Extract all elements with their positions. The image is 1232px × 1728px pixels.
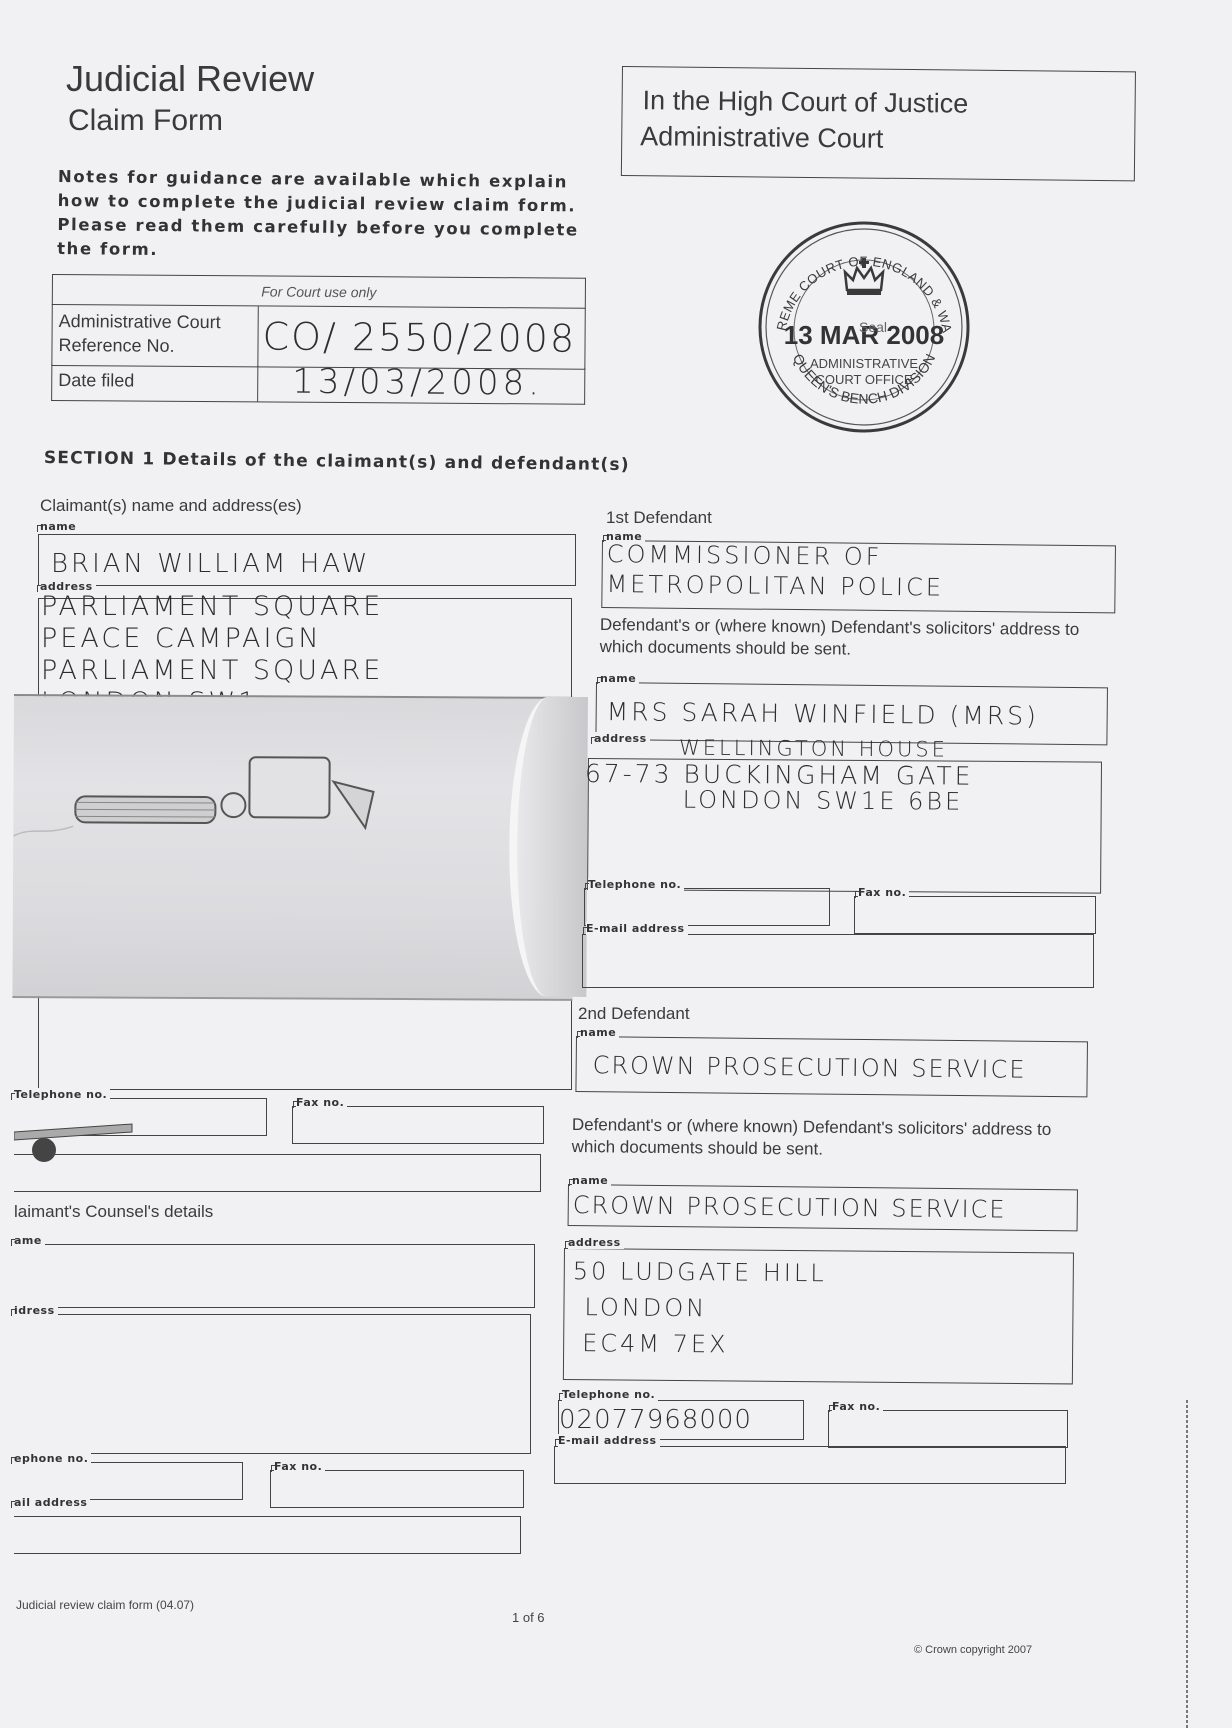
date-filed-row: Date filed 13/03/2008.: [51, 364, 585, 405]
clip-icon: [14, 1118, 134, 1168]
court-name: In the High Court of Justice: [642, 85, 968, 119]
defendant1-address-field[interactable]: WELLINGTON HOUSE 67-73 BUCKINGHAM GATE L…: [587, 758, 1102, 894]
defendant1-solicitor-name-label: name: [600, 672, 639, 685]
defendant1-fax-label: Fax no.: [858, 886, 909, 899]
keychain-icon: [75, 756, 373, 828]
defendant1-address-line1: WELLINGTON HOUSE: [679, 736, 948, 762]
claimant-name-field[interactable]: BRIAN WILLIAM HAW: [38, 534, 576, 586]
scan-edge: [1186, 1400, 1188, 1728]
court-division: Administrative Court: [640, 121, 883, 155]
counsel-heading: laimant's Counsel's details: [14, 1202, 213, 1222]
defendant1-telephone-field[interactable]: [584, 888, 830, 926]
form-title: Judicial Review: [66, 58, 314, 100]
defendant2-name-field[interactable]: CROWN PROSECUTION SERVICE: [575, 1036, 1088, 1097]
counsel-telephone-field[interactable]: [14, 1462, 243, 1500]
defendant2-address-value: 50 LUDGATE HILL LONDON EC4M 7EX: [572, 1253, 827, 1363]
claimant-name-label: name: [40, 520, 79, 533]
date-filed-label: Date filed: [58, 370, 134, 392]
counsel-fax-field[interactable]: [270, 1470, 524, 1508]
court-use-heading: For Court use only: [52, 274, 586, 309]
defendant2-solicitor-name-label: name: [572, 1174, 611, 1187]
claimant-heading: Claimant(s) name and address(es): [40, 496, 302, 516]
stamp-seal-overprint: Seal: [859, 319, 887, 335]
defendant2-solicitor-name-field[interactable]: CROWN PROSECUTION SERVICE: [568, 1184, 1078, 1231]
defendant2-email-label: E-mail address: [558, 1434, 660, 1447]
counsel-address-label: idress: [14, 1304, 58, 1317]
reference-value[interactable]: CO/ 2550/2008: [262, 314, 576, 360]
defendant2-heading: 2nd Defendant: [578, 1004, 690, 1024]
defendant1-name-label: name: [606, 530, 645, 543]
defendant1-email-label: E-mail address: [586, 922, 688, 935]
counsel-email-field[interactable]: [14, 1516, 521, 1554]
counsel-name-field[interactable]: [14, 1244, 535, 1308]
defendant2-name-value: CROWN PROSECUTION SERVICE: [593, 1051, 1027, 1084]
claimant-fax-field[interactable]: [292, 1106, 544, 1144]
defendant1-telephone-label: Telephone no.: [588, 878, 684, 891]
claimant-fax-label: Fax no.: [296, 1096, 347, 1109]
defendant1-solicitor-name-value: MRS SARAH WINFIELD (MRS): [607, 697, 1039, 731]
court-name-box: In the High Court of Justice Administrat…: [621, 66, 1136, 181]
defendant2-address-label: address: [568, 1236, 624, 1249]
defendant2-address-field[interactable]: 50 LUDGATE HILL LONDON EC4M 7EX: [563, 1248, 1074, 1384]
defendant1-address-line3: LONDON SW1E 6BE: [683, 786, 964, 816]
defendant1-solicitor-note: Defendant's or (where known) Defendant's…: [600, 614, 1080, 663]
page-number: 1 of 6: [512, 1610, 545, 1625]
defendant2-email-field[interactable]: [554, 1446, 1066, 1484]
section-1-title: SECTION 1 Details of the claimant(s) and…: [44, 448, 630, 475]
stamp-inner-line1: ADMINISTRATIVE: [810, 356, 918, 371]
defendant1-heading: 1st Defendant: [606, 508, 712, 528]
reference-row: Administrative Court Reference No. CO/ 2…: [51, 304, 585, 370]
defendant2-fax-label: Fax no.: [832, 1400, 883, 1413]
court-use-table: For Court use only Administrative Court …: [51, 274, 586, 412]
defendant1-name-value: COMMISSIONER OF METROPOLITAN POLICE: [606, 539, 944, 603]
date-filed-value[interactable]: 13/03/2008.: [292, 362, 543, 404]
claimant-address-label: address: [40, 580, 96, 593]
defendant2-fax-field[interactable]: [828, 1410, 1068, 1448]
defendant2-solicitor-name-value: CROWN PROSECUTION SERVICE: [573, 1191, 1007, 1224]
defendant2-name-label: name: [580, 1026, 619, 1039]
defendant2-telephone-label: Telephone no.: [562, 1388, 658, 1401]
reference-label: Administrative Court Reference No.: [58, 309, 220, 358]
form-identifier: Judicial review claim form (04.07): [16, 1598, 194, 1612]
defendant1-name-field[interactable]: COMMISSIONER OF METROPOLITAN POLICE: [601, 540, 1116, 613]
scanned-photo-overlay: [12, 694, 574, 1001]
counsel-telephone-label: ephone no.: [14, 1452, 91, 1465]
guidance-note: Notes for guidance are available which e…: [57, 165, 598, 267]
counsel-email-label: ail address: [14, 1496, 90, 1509]
defendant2-solicitor-note: Defendant's or (where known) Defendant's…: [572, 1114, 1052, 1163]
copyright: © Crown copyright 2007: [914, 1644, 1032, 1656]
court-seal-stamp: SUPREME COURT OF ENGLAND & WALES QUEEN'S…: [755, 218, 973, 436]
counsel-name-label: ame: [14, 1234, 45, 1247]
defendant1-fax-field[interactable]: [854, 896, 1096, 934]
defendant2-telephone-value: 02077968000: [559, 1405, 752, 1435]
stamp-inner-line2: COURT OFFICE: [815, 372, 912, 387]
claimant-name-value: BRIAN WILLIAM HAW: [51, 549, 370, 579]
claimant-telephone-label: Telephone no.: [14, 1088, 110, 1101]
counsel-fax-label: Fax no.: [274, 1460, 325, 1473]
counsel-address-field[interactable]: [14, 1314, 531, 1454]
defendant1-address-label: address: [594, 732, 650, 745]
form-subtitle: Claim Form: [68, 104, 223, 138]
defendant1-email-field[interactable]: [582, 934, 1094, 988]
